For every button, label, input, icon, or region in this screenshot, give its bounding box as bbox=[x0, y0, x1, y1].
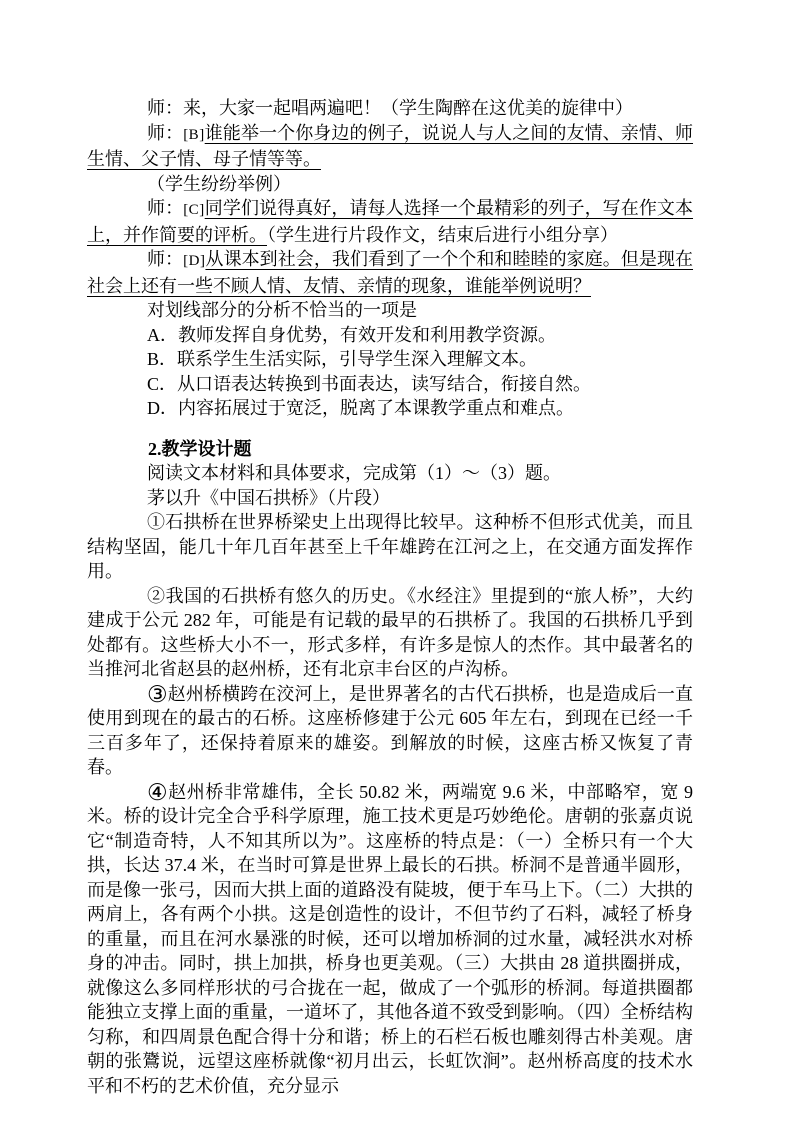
document-page: 师：来，大家一起唱两遍吧！（学生陶醉在这优美的旋律中）师：[B]谁能举一个你身边… bbox=[87, 96, 693, 1098]
circled-number: ② bbox=[147, 586, 166, 606]
option-c: C．从口语表达转换到书面表达，读写结合，衔接自然。 bbox=[87, 372, 693, 397]
text-run: 赵州桥横跨在洨河上，是世界著名的古代石拱桥，也是造成后一直使用到现在的最古的石桥… bbox=[87, 684, 693, 778]
text-run: 茅以升《中国石拱桥》（片段） bbox=[147, 488, 390, 508]
text-run: 石拱桥在世界桥梁史上出现得比较早。这种桥不但形式优美，而且结构坚固，能几十年几百… bbox=[87, 512, 693, 581]
text-run: （学生进行片段作文，结束后进行小组分享） bbox=[267, 225, 618, 245]
task-instructions: 阅读文本材料和具体要求，完成第（1）～（3）题。 bbox=[87, 461, 693, 486]
text-run: （学生纷纷举例） bbox=[147, 174, 291, 194]
option-b: B．联系学生生活实际，引导学生深入理解文本。 bbox=[87, 347, 693, 372]
material-paragraph-2: ②我国的石拱桥有悠久的历史。《水经注》里提到的“旅人桥”，大约建成于公元 282… bbox=[87, 584, 693, 682]
dialogue-c: 师：[C]同学们说得真好，请每人选择一个最精彩的列子，写在作文本上，并作简要的评… bbox=[87, 196, 693, 247]
text-run: 师： bbox=[147, 198, 183, 218]
question-stem: 对划线部分的分析不恰当的一项是 bbox=[87, 298, 693, 323]
text-run: 师：来，大家一起唱两遍吧！（学生陶醉在这优美的旋律中） bbox=[147, 98, 633, 118]
stage-direction-examples: （学生纷纷举例） bbox=[87, 172, 693, 197]
option-tag: [C] bbox=[183, 202, 205, 218]
text-run: C．从口语表达转换到书面表达，读写结合，衔接自然。 bbox=[147, 374, 591, 394]
text-run: 2.教学设计题 bbox=[148, 439, 252, 459]
text-run: 师： bbox=[147, 123, 183, 143]
material-title: 茅以升《中国石拱桥》（片段） bbox=[87, 486, 693, 511]
text-run: B．联系学生生活实际，引导学生深入理解文本。 bbox=[147, 349, 537, 369]
section-heading: 2.教学设计题 bbox=[87, 437, 693, 462]
option-tag: [B] bbox=[183, 127, 205, 143]
text-run: 我国的石拱桥有悠久的历史。《水经注》里提到的“旅人桥”，大约建成于公元 282 … bbox=[87, 586, 693, 680]
text-run: 阅读文本材料和具体要求，完成第（1）～（3）题。 bbox=[147, 463, 561, 483]
circled-number-large: ③ bbox=[147, 682, 168, 707]
material-paragraph-3: ③赵州桥横跨在洨河上，是世界著名的古代石拱桥，也是造成后一直使用到现在的最古的石… bbox=[87, 682, 693, 780]
material-paragraph-4: ④赵州桥非常雄伟，全长 50.82 米，两端宽 9.6 米，中部略窄，宽 9 米… bbox=[87, 780, 693, 1099]
text-run: 对划线部分的分析不恰当的一项是 bbox=[147, 300, 417, 320]
text-run: A．教师发挥自身优势，有效开发和利用教学资源。 bbox=[147, 325, 556, 345]
text-run: 师： bbox=[147, 249, 183, 269]
option-tag: [D] bbox=[183, 253, 205, 269]
text-run: 赵州桥非常雄伟，全长 50.82 米，两端宽 9.6 米，中部略窄，宽 9 米。… bbox=[87, 782, 693, 1096]
text-run: D．内容拓展过于宽泛，脱离了本课教学重点和难点。 bbox=[147, 398, 574, 418]
dialogue-sing: 师：来，大家一起唱两遍吧！（学生陶醉在这优美的旋律中） bbox=[87, 96, 693, 121]
dialogue-b: 师：[B]谁能举一个你身边的例子，说说人与人之间的友情、亲情、师生情、父子情、母… bbox=[87, 121, 693, 172]
option-a: A．教师发挥自身优势，有效开发和利用教学资源。 bbox=[87, 323, 693, 348]
option-d: D．内容拓展过于宽泛，脱离了本课教学重点和难点。 bbox=[87, 396, 693, 421]
material-paragraph-1: ①石拱桥在世界桥梁史上出现得比较早。这种桥不但形式优美，而且结构坚固，能几十年几… bbox=[87, 510, 693, 584]
circled-number-large: ④ bbox=[147, 780, 168, 805]
circled-number: ① bbox=[147, 512, 165, 532]
dialogue-d: 师：[D]从课本到社会，我们看到了一个个和和睦睦的家庭。但是现在社会上还有一些不… bbox=[87, 247, 693, 298]
